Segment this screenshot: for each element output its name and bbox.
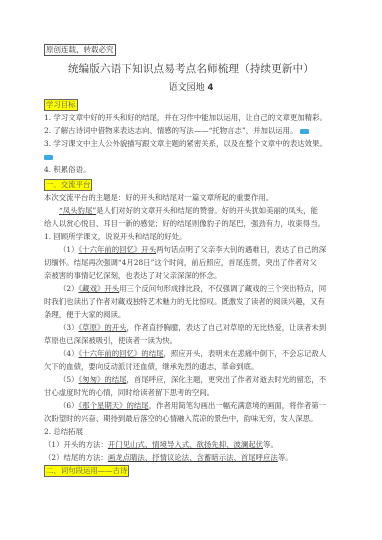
method-item: （1）开头的方法：开门见山式、情境导入式、欲扬先抑、波澜起伏等。 [44,438,338,451]
document-title: 统编版六语下知识点易考点名师梳理（持续更新中） [0,62,382,76]
objective-item: 4. 积累俗语。 [44,163,338,176]
example-item: （1）《十六年前的回忆》开头两句话点明了父亲李大钊的遇难日，表达了自己的深 [44,243,338,256]
section2-heading: 二、词句段运用——古诗 [44,465,129,477]
example-text: 亲被害的事情记忆深刻，也表达了对父亲深深的怀念。 [44,269,338,282]
objective-item: 3. 学习课文中主人公外貌描写跟文章主题的紧密关系，以及在整个文章中的表达效果。 [44,137,338,150]
summary-heading: 2. 总结拓展 [44,425,338,438]
objectives-heading-line: 学习目标 [44,98,338,111]
section1-intro: 本次交流平台的主题是：好的开头和结尾对一篇文章所起的重要作用。 [44,191,338,204]
objective-item: 1. 学习文章中好的开头和好的结尾，并在习作中能加以运用，让自己的文章更加精彩。 [44,111,338,124]
example-reference: 《十六年前的回忆》的结尾 [78,349,163,358]
document-page: 原创连载，转载必究 统编版六语下知识点易考点名师梳理（持续更新中） 语文园地 4… [0,0,382,540]
phrase-line-2: 给人以赏心悦目、耳目一新的感觉；好的结尾则像豹子的尾巴，强劲有力，收束得当。 [44,217,338,230]
document-body: 学习目标 1. 学习文章中好的开头和好的结尾，并在习作中能加以运用，让自己的文章… [44,98,338,477]
review-prompt: 1. 回顾所学课文，说说开头和结尾的好处。 [44,230,338,243]
example-item: （4）《十六年前的回忆》的结尾，照应开头，表明未在悲痛中倒下，不会忘记敌人 [44,347,338,360]
example-item: （2）《藏戏》开头用三个反问句形成排比段，不仅强调了藏戏的三个突出特点，同 [44,282,338,295]
subtitle-number: 4 [207,83,213,93]
phrase-highlight: “凤头豹尾” [59,206,96,215]
example-reference: 《那个星期天》的结尾 [78,401,148,410]
section1-heading-line: 一、交流平台 [44,178,338,191]
objective-item: 2. 了解古诗词中借物来表达志向、情感的写法——“托物言志”，并加以运用。 [44,124,338,137]
example-text: 欠下的血债，要向反动派讨还血债，继承先烈的遗志，革命到底。 [44,360,338,373]
document-subtitle: 语文园地 4 [0,82,382,94]
example-text: 甘心虚度时光的心情，同时给读者留下思考的空间。 [44,386,338,399]
example-reference: 《十六年前的回忆》开头 [78,245,156,254]
section1-heading: 一、交流平台 [44,179,92,191]
copyright-notice: 原创连载，转载必究 [44,44,116,56]
method-value: 开门见山式、情境导入式、欲扬先抑、波澜起伏 [108,440,263,449]
example-text: 条理，便于大家的阅读。 [44,308,338,321]
note-badge-icon[interactable] [300,129,309,134]
example-reference: 《藏戏》开头 [78,284,119,293]
example-reference: 《匆匆》的结尾 [78,375,126,384]
example-text: 次盼望时的兴奋、期待到最后落空的心情融入荒凉的景色中，韵味无穷，发人深思。 [44,412,338,425]
example-reference: 《草原》的开头 [78,323,126,332]
phrase-line: “凤头豹尾”是人们对好的文章开头和结尾的赞誉。好的开头犹如美丽的凤头，能 [44,204,338,217]
example-text: 切缅怀。结尾再次强调“4月28日”这个时间，前后照应，首尾连贯，突出了作者对父 [44,256,338,269]
subtitle-text: 语文园地 [169,83,208,93]
note-badge-icon[interactable] [44,155,53,160]
example-item: （5）《匆匆》的结尾，首尾呼应，深化主题，更突出了作者对逝去时光的留恋，不 [44,373,338,386]
objectives-heading: 学习目标 [44,99,78,111]
example-text: 草原也已深深被吸引，使读者一读为快。 [44,334,338,347]
objective-badge-line [44,150,338,163]
section2-heading-line: 二、词句段运用——古诗 [44,464,338,477]
example-item: （3）《草原》的开头，作者直抒胸臆，表达了自己对草原的无比热爱，让读者未到 [44,321,338,334]
example-text: 时我们也读出了作者对藏戏独特艺术魅力的无比惊叹。既激发了读者的阅读兴趣，又有 [44,295,338,308]
method-item: （2）结尾的方法：画龙点睛法、抒情议论法、含蓄暗示法、首尾呼应法等。 [44,451,338,464]
example-item: （6）《那个星期天》的结尾，作者用简笔勾画出一幅充满意境的画面，将作者第一 [44,399,338,412]
method-value: 画龙点睛法、抒情议论法、含蓄暗示法、首尾呼应法 [108,453,278,462]
